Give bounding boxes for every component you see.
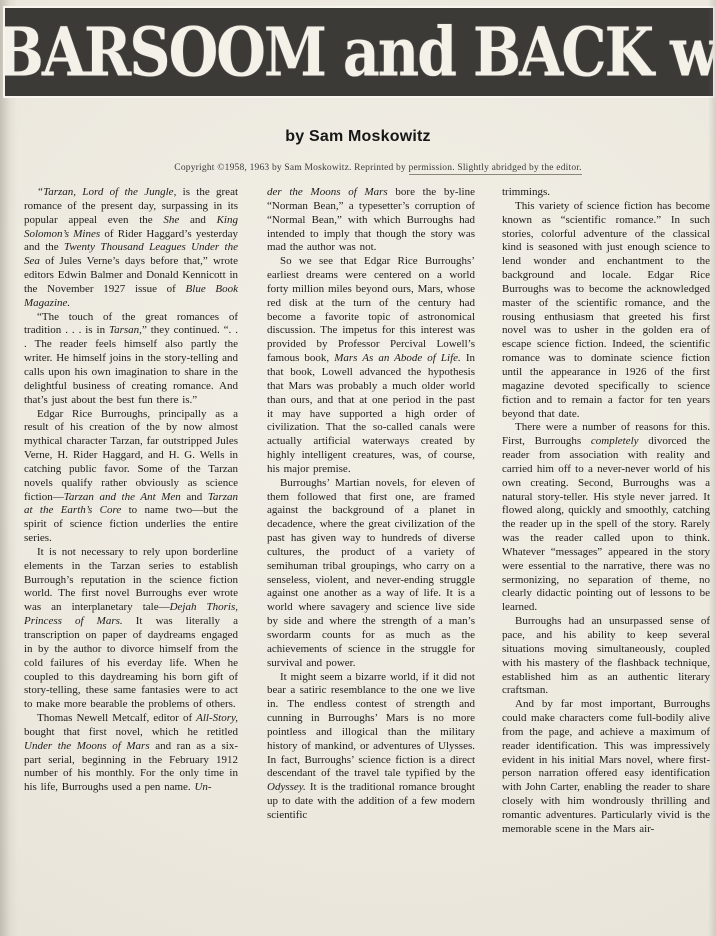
italic-text: Mars As an Abode of Life. xyxy=(334,352,461,364)
italic-text: completely xyxy=(591,435,639,447)
italic-text: Tarzan and the Ant Men xyxy=(64,491,181,503)
paragraph: “Tarzan, Lord of the Jungle, is the grea… xyxy=(24,186,238,311)
body-text: It might seem a bizarre world, if it did… xyxy=(267,671,475,780)
paragraph: Edgar Rice Burroughs, principally as a r… xyxy=(24,408,238,546)
paragraph: der the Moons of Mars bore the by-line “… xyxy=(267,186,475,255)
body-text: Burroughs had an unsurpassed sense of pa… xyxy=(502,615,710,696)
italic-text: der the Moons of Mars xyxy=(267,186,388,198)
italic-text: Under the Moons of Mars xyxy=(24,740,150,752)
body-text: So we see that Edgar Rice Burroughs’ ear… xyxy=(267,255,475,364)
italic-text: Un- xyxy=(194,781,211,793)
body-text: and xyxy=(181,491,208,503)
byline: by Sam Moskowitz xyxy=(0,128,716,146)
body-text: Burroughs’ Martian novels, for eleven of… xyxy=(267,477,475,669)
italic-text: All-Story, xyxy=(196,712,238,724)
title-banner: to BARSOOM and BACK with xyxy=(5,8,713,96)
body-text: And by far most important, Burroughs cou… xyxy=(502,698,710,835)
body-text: and xyxy=(179,214,216,226)
text-column-3: trimmings.This variety of science fictio… xyxy=(502,186,710,934)
copyright-line: Copyright ©1958, 1963 by Sam Moskowitz. … xyxy=(40,163,716,173)
italic-text: She xyxy=(163,214,179,226)
body-text: Edgar Rice Burroughs, principally as a r… xyxy=(24,408,238,503)
article-body: “Tarzan, Lord of the Jungle, is the grea… xyxy=(24,186,710,934)
copyright-text: Copyright ©1958, 1963 by Sam Moskowitz. … xyxy=(174,163,408,173)
paragraph: There were a number of reasons for this.… xyxy=(502,421,710,615)
body-text: ” they continued. “. . . The reader feel… xyxy=(24,324,238,405)
body-text: trimmings. xyxy=(502,186,550,198)
magazine-page: to BARSOOM and BACK with by Sam Moskowit… xyxy=(0,0,716,936)
paragraph: So we see that Edgar Rice Burroughs’ ear… xyxy=(267,255,475,477)
body-text: In that book, Lowell advanced the hypoth… xyxy=(267,352,475,475)
body-text: It was literally a transcription on pape… xyxy=(24,615,238,710)
article-title: to BARSOOM and BACK with xyxy=(5,12,713,91)
paragraph: And by far most important, Burroughs cou… xyxy=(502,698,710,836)
body-text: bought that first novel, which he retitl… xyxy=(24,726,238,738)
paragraph: This variety of science fiction has beco… xyxy=(502,200,710,422)
paragraph: It is not necessary to rely upon borderl… xyxy=(24,546,238,712)
text-column-2: der the Moons of Mars bore the by-line “… xyxy=(267,186,475,934)
italic-text: Tarsan, xyxy=(109,324,142,336)
paragraph: It might seem a bizarre world, if it did… xyxy=(267,671,475,823)
italic-text: “Tarzan, Lord of the Jungle, xyxy=(37,186,176,198)
paragraph: trimmings. xyxy=(502,186,710,200)
text-column-1: “Tarzan, Lord of the Jungle, is the grea… xyxy=(24,186,238,934)
body-text: divorced the reader from association wit… xyxy=(502,435,710,613)
paragraph: Burroughs’ Martian novels, for eleven of… xyxy=(267,477,475,671)
body-text: This variety of science fiction has beco… xyxy=(502,200,710,420)
paragraph: Burroughs had an unsurpassed sense of pa… xyxy=(502,615,710,698)
body-text: Thomas Newell Metcalf, editor of xyxy=(37,712,196,724)
paragraph: Thomas Newell Metcalf, editor of All-Sto… xyxy=(24,712,238,795)
italic-text: Odyssey. xyxy=(267,781,306,793)
copyright-text-underlined: permission. Slightly abridged by the edi… xyxy=(409,163,582,175)
paragraph: “The touch of the great romances of trad… xyxy=(24,311,238,408)
